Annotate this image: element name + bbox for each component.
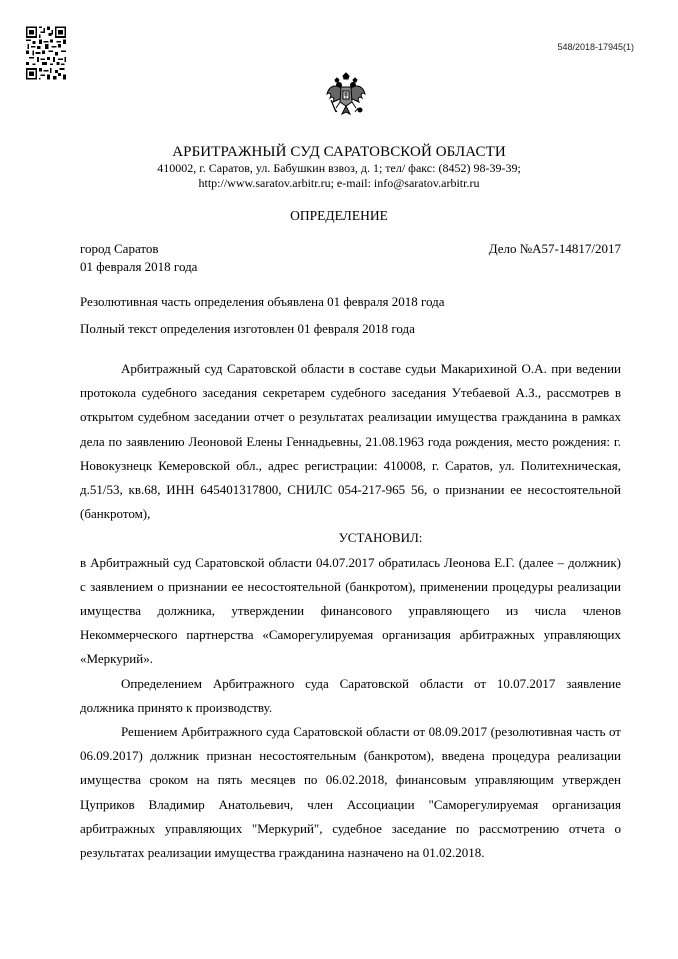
- full-text-prepared: Полный текст определения изготовлен 01 ф…: [80, 315, 445, 342]
- city: город Саратов: [80, 240, 197, 258]
- document-title: ОПРЕДЕЛЕНИЕ: [0, 208, 678, 224]
- resolution-announced: Резолютивная часть определения объявлена…: [80, 288, 445, 315]
- intro-paragraph: Арбитражный суд Саратовской области в со…: [80, 357, 621, 526]
- body-paragraph: Определением Арбитражного суда Саратовск…: [80, 672, 621, 720]
- court-contacts: http://www.saratov.arbitr.ru; e-mail: in…: [0, 176, 678, 191]
- section-heading: УСТАНОВИЛ:: [80, 526, 621, 550]
- document-date: 01 февраля 2018 года: [80, 258, 197, 276]
- coat-of-arms-icon: [325, 72, 367, 120]
- court-name: АРБИТРАЖНЫЙ СУД САРАТОВСКОЙ ОБЛАСТИ: [0, 143, 678, 161]
- case-number: Дело №А57-14817/2017: [489, 240, 621, 258]
- court-header: АРБИТРАЖНЫЙ СУД САРАТОВСКОЙ ОБЛАСТИ 4100…: [0, 143, 678, 191]
- document-place-date: город Саратов 01 февраля 2018 года: [80, 240, 197, 276]
- qr-code-icon: [26, 26, 66, 80]
- court-address: 410002, г. Саратов, ул. Бабушкин взвоз, …: [0, 161, 678, 176]
- body-paragraph: в Арбитражный суд Саратовской области 04…: [80, 551, 621, 672]
- document-body: Арбитражный суд Саратовской области в со…: [80, 357, 621, 865]
- announcement-block: Резолютивная часть определения объявлена…: [80, 288, 445, 342]
- body-paragraph: Решением Арбитражного суда Саратовской о…: [80, 720, 621, 865]
- document-number: 548/2018-17945(1): [557, 42, 634, 52]
